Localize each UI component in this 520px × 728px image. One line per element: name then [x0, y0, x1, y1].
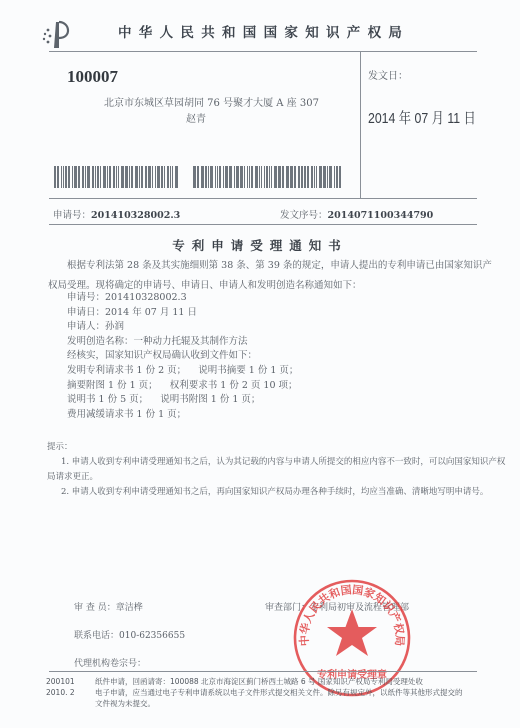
- footer-notes: 纸件申请，回函请寄：100088 北京市海淀区蓟门桥西土城路 6 号 国家知识产…: [95, 676, 515, 709]
- barcode-2: [193, 166, 343, 188]
- issue-date: 2014 年 07 月 11 日: [368, 107, 476, 128]
- tip-1: 1. 申请人收到专利申请受理通知书之后，认为其记载的内容与申请人所提交的相应内容…: [47, 455, 507, 485]
- agency-reference: 代理机构卷宗号：: [74, 656, 146, 669]
- footer-line-2: 电子申请，应当通过电子专利申请系统以电子文件形式提交相关文件。除另有规定外，以纸…: [95, 687, 515, 698]
- tips-section: 提示： 1. 申请人收到专利申请受理通知书之后，认为其记载的内容与申请人所提交的…: [47, 440, 507, 500]
- phone-label: 联系电话：: [74, 631, 119, 641]
- phone-number: 010-62356655: [119, 631, 185, 641]
- received-doc-3: 说明书 1 份 5 页； 说明书附图 1 份 1 页；: [67, 393, 298, 408]
- footer-line-3: 文件视为未提交。: [95, 698, 515, 709]
- barcode-1: [54, 166, 179, 188]
- serial-number-header: 发文序号：2014071100344790: [280, 207, 433, 221]
- examiner-label: 审 查 员：: [74, 603, 116, 613]
- postcode: 100007: [67, 67, 118, 87]
- cnipa-logo-icon: [40, 16, 74, 50]
- issue-date-label: 发文日：: [368, 67, 408, 82]
- serial-number-value: 2014071100344790: [328, 210, 434, 221]
- tip-2: 2. 申请人收到专利申请受理通知书之后，再向国家知识产权局办理各种手续时，均应当…: [47, 485, 507, 500]
- received-doc-4: 费用减缓请求书 1 份 1 页；: [67, 408, 298, 423]
- form-code: 200101 2010. 2: [46, 676, 75, 698]
- form-version: 2010. 2: [46, 687, 75, 698]
- received-doc-1: 发明专利请求书 1 份 2 页； 说明书摘要 1 份 1 页；: [67, 364, 298, 379]
- field-invention-title: 发明创造名称：一种动力托辊及其制作方法: [67, 335, 298, 350]
- application-number-label: 申请号：: [53, 210, 91, 221]
- examiner: 审 查 员：章洁桦: [74, 600, 143, 613]
- agency-name: 中华人民共和国国家知识产权局: [118, 21, 409, 41]
- examiner-name: 章洁桦: [116, 603, 143, 613]
- serial-number-label: 发文序号：: [280, 210, 328, 221]
- date-box-divider: [360, 52, 361, 198]
- application-fields: 申请号：201410328002.3 申请日：2014 年 07 月 11 日 …: [67, 291, 298, 422]
- header-divider: [49, 51, 477, 52]
- reference-divider: [49, 224, 477, 225]
- tips-heading: 提示：: [47, 440, 507, 455]
- mailing-address: 北京市东城区草园胡同 76 号聚才大厦 A 座 307: [104, 94, 319, 109]
- recipient-name: 赵青: [186, 110, 206, 125]
- field-filing-date: 申请日：2014 年 07 月 11 日: [67, 306, 298, 321]
- footer-line-1: 纸件申请，回函请寄：100088 北京市海淀区蓟门桥西土城路 6 号 国家知识产…: [95, 676, 515, 687]
- application-number-value: 201410328002.3: [91, 210, 180, 221]
- field-application-no: 申请号：201410328002.3: [67, 291, 298, 306]
- intro-paragraph: 根据专利法第 28 条及其实施细则第 38 条、第 39 条的规定，申请人提出的…: [48, 256, 500, 296]
- barcode-divider: [49, 198, 477, 199]
- contact-phone: 联系电话：010-62356655: [74, 628, 185, 641]
- application-number-header: 申请号：201410328002.3: [53, 207, 180, 221]
- document-title: 专利申请受理通知书: [0, 236, 520, 254]
- field-verification: 经核实，国家知识产权局确认收到文件如下：: [67, 349, 298, 364]
- field-applicant: 申请人：孙润: [67, 320, 298, 335]
- form-code-number: 200101: [46, 676, 75, 687]
- received-doc-2: 摘要附图 1 份 1 页； 权利要求书 1 份 2 页 10 项；: [67, 379, 298, 394]
- footer-divider: [49, 671, 477, 672]
